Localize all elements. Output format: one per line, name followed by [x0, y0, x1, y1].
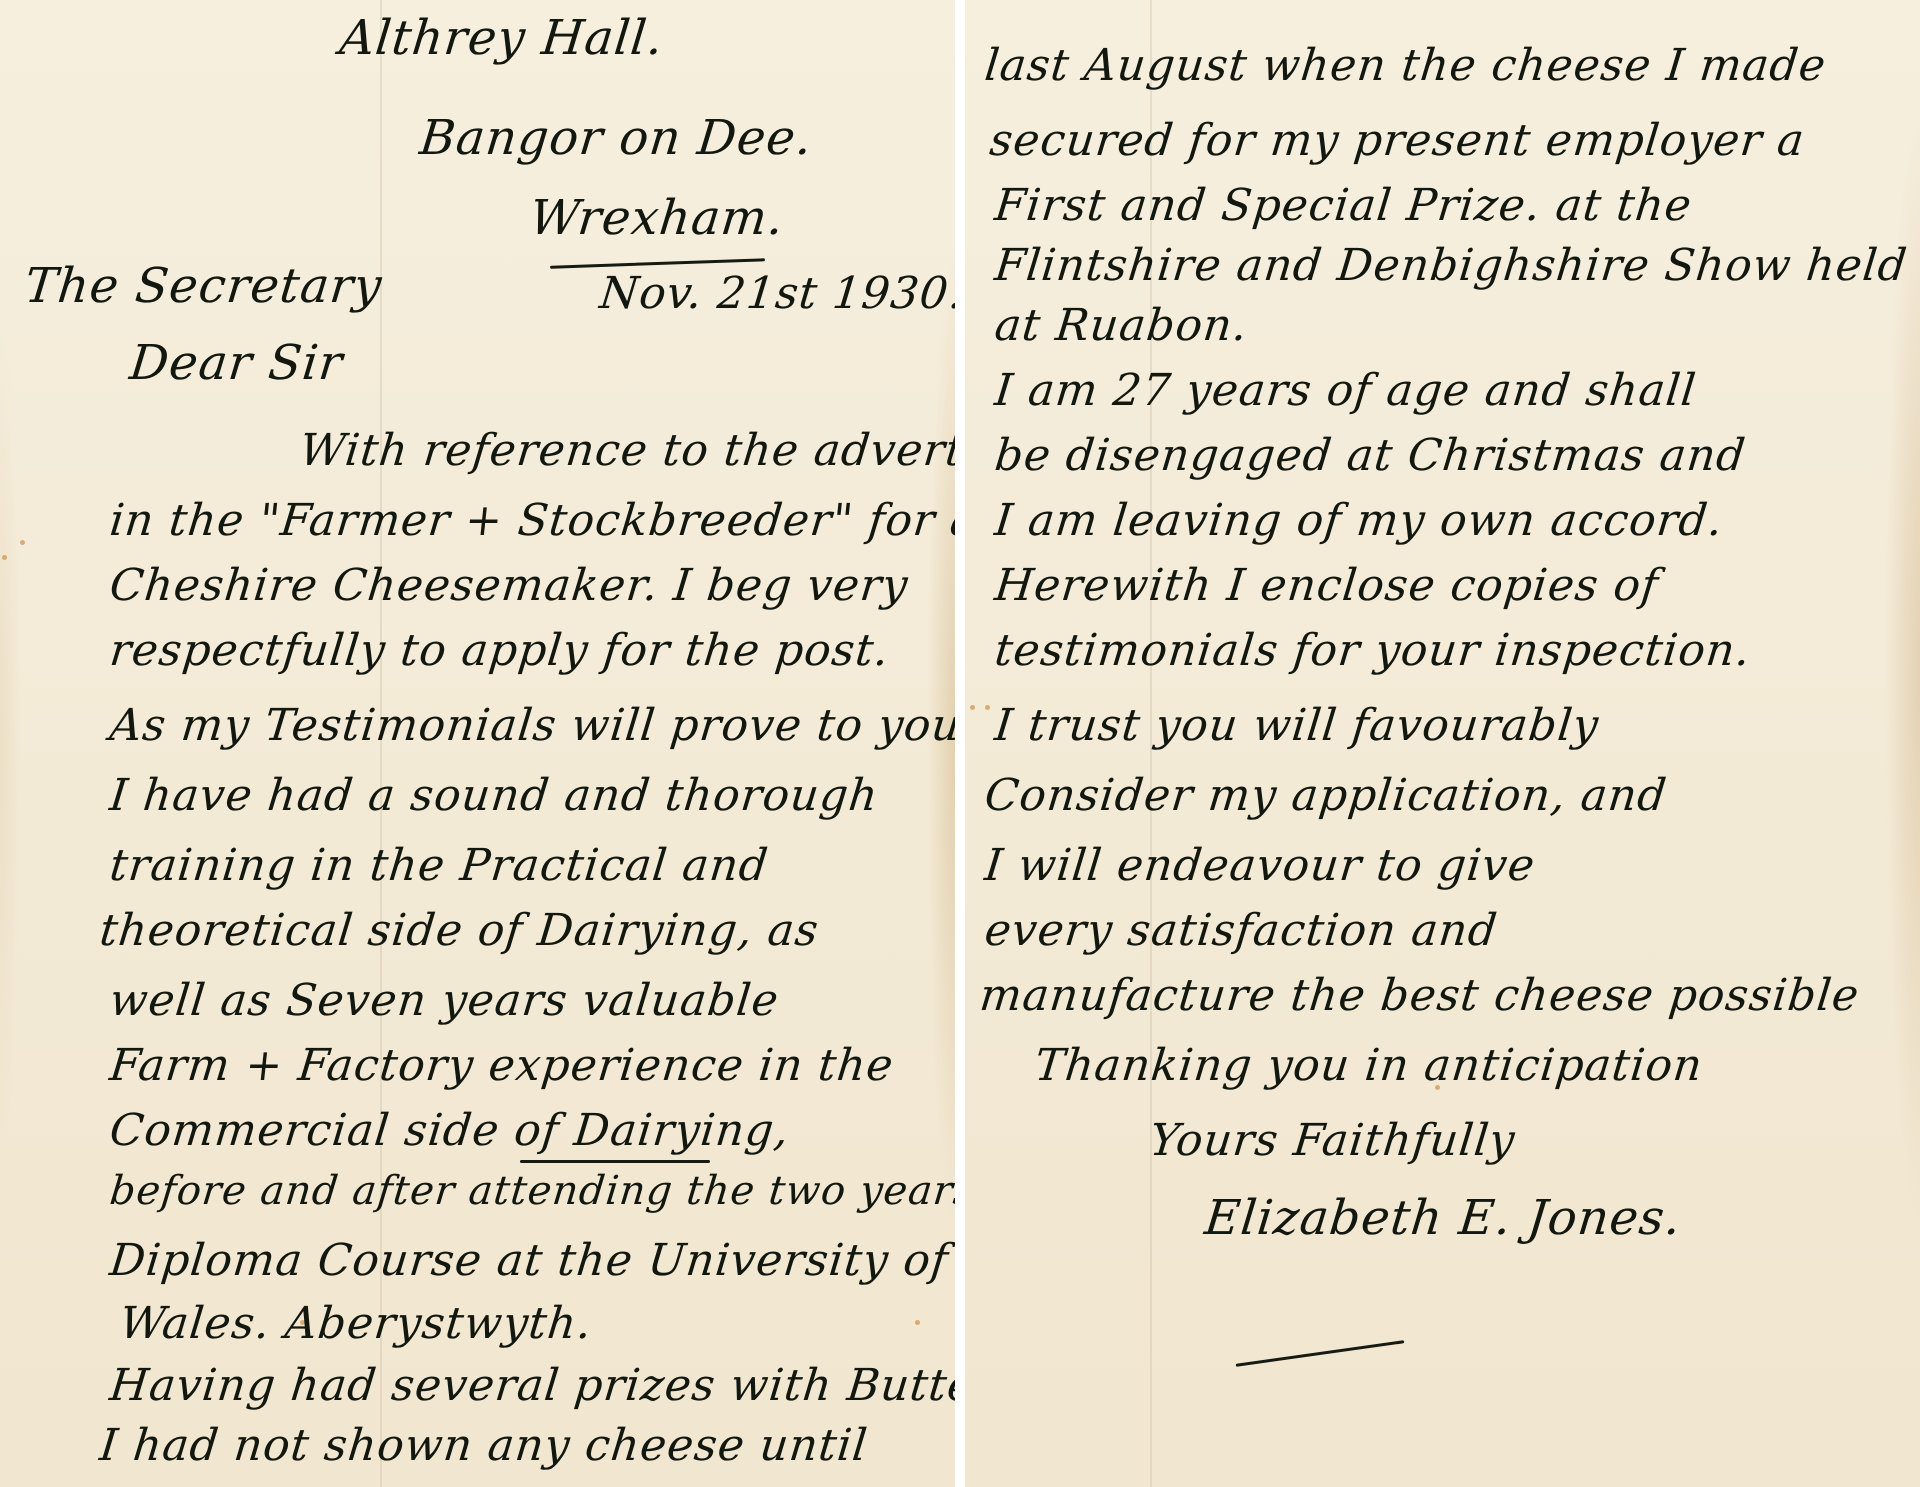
foxing-spot	[2, 555, 7, 560]
body-line: With reference to the advertisement	[297, 425, 955, 476]
body-line: I am leaving of my own accord.	[992, 495, 1725, 546]
body-line: First and Special Prize. at the	[992, 180, 1694, 231]
address-line-2: Bangor on Dee.	[417, 110, 815, 166]
foxing-spot	[20, 540, 25, 545]
signature: Elizabeth E. Jones.	[1202, 1190, 1684, 1246]
body-line: Wales. Aberystwyth.	[117, 1298, 594, 1349]
body-line: As my Testimonials will prove to you	[107, 700, 955, 751]
closing-line: Thanking you in anticipation	[1032, 1040, 1705, 1091]
foxing-spot	[985, 705, 990, 710]
salutation: Dear Sir	[127, 335, 346, 391]
body-line: every satisfaction and	[982, 905, 1500, 956]
foxing-spot	[915, 1320, 920, 1325]
body-line: at Ruabon.	[992, 300, 1250, 351]
recipient: The Secretary	[22, 258, 385, 314]
body-line: training in the Practical and	[107, 840, 771, 891]
body-line: Cheshire Cheesemaker. I beg very	[107, 560, 911, 611]
letter-date: Nov. 21st 1930.	[597, 268, 955, 319]
address-line-1: Althrey Hall.	[337, 10, 666, 66]
body-line: I trust you will favourably	[992, 700, 1601, 751]
foxing-spot	[970, 705, 975, 710]
body-line: theoretical side of Dairying, as	[97, 905, 821, 956]
body-line: Commercial side of Dairying,	[107, 1105, 792, 1156]
body-line: before and after attending the two years	[108, 1168, 955, 1214]
body-line: Farm + Factory experience in the	[107, 1040, 896, 1091]
body-line: secured for my present employer a	[987, 115, 1807, 166]
body-line: testimonials for your inspection.	[992, 625, 1753, 676]
body-line: Herewith I enclose copies of	[992, 560, 1661, 611]
body-line: I have had a sound and thorough	[107, 770, 881, 821]
body-line: Consider my application, and	[982, 770, 1669, 821]
body-line: in the "Farmer + Stockbreeder" for a Fir…	[107, 495, 955, 546]
letter-page-left: Althrey Hall. Bangor on Dee. Wrexham. No…	[0, 0, 955, 1487]
body-line: I am 27 years of age and shall	[992, 365, 1699, 416]
body-line: last August when the cheese I made	[982, 40, 1828, 91]
body-line: I had not shown any cheese until	[97, 1420, 870, 1471]
address-line-3: Wrexham.	[527, 190, 787, 246]
closing-line: Yours Faithfully	[1147, 1115, 1518, 1166]
body-line: be disengaged at Christmas and	[992, 430, 1748, 481]
letter-page-right: last August when the cheese I made secur…	[965, 0, 1920, 1487]
body-line: respectfully to apply for the post.	[107, 625, 892, 676]
body-line: Flintshire and Denbighshire Show held	[992, 240, 1910, 291]
signature-flourish	[1236, 1340, 1405, 1367]
body-line: well as Seven years valuable	[107, 975, 781, 1026]
body-line: Having had several prizes with Butter	[107, 1360, 955, 1411]
body-line: manufacture the best cheese possible	[977, 970, 1862, 1021]
body-line: I will endeavour to give	[982, 840, 1537, 891]
body-line: Diploma Course at the University of	[107, 1235, 951, 1286]
underline-rule	[520, 1160, 710, 1163]
